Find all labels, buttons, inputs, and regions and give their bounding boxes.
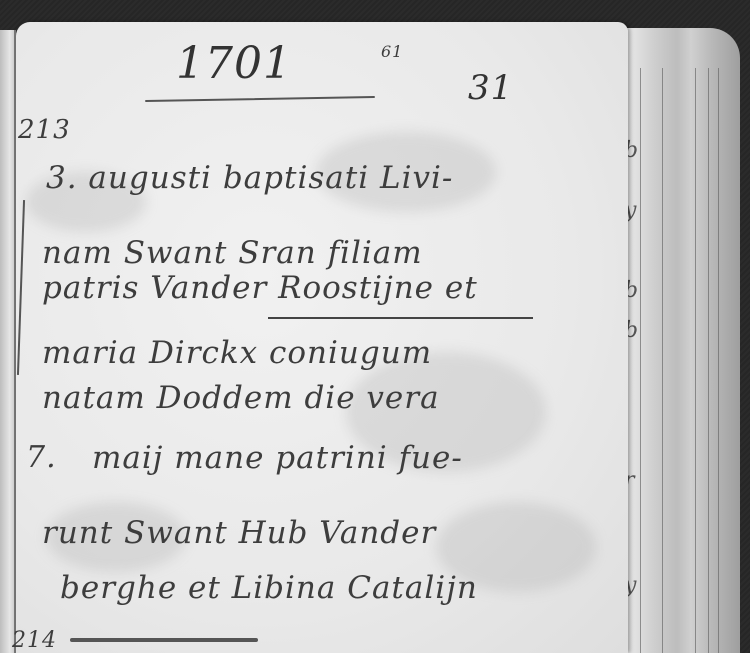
year-heading: 1701: [176, 38, 292, 89]
next-entry-number: 214: [12, 628, 57, 653]
entry-line: 3. augusti baptisati Livi-: [46, 160, 453, 196]
entry-line: natam Doddem die vera: [42, 380, 440, 416]
entry-line: runt Swant Hub Vander: [42, 515, 436, 551]
name-underline: [268, 317, 533, 319]
entry-line: nam Swant Sran filiam: [42, 235, 423, 271]
entry-line: maij mane patrini fue-: [92, 440, 463, 476]
entry-number: 213: [18, 115, 71, 145]
page-edge-line: [718, 68, 719, 653]
folio-number: 31: [468, 68, 513, 108]
page-edge-line: [695, 68, 696, 653]
entry-line: berghe et Libina Catalijn: [60, 570, 478, 606]
page-edge-line: [708, 68, 709, 653]
page-edge-line: [662, 68, 663, 653]
margin-day-number: 7.: [26, 440, 57, 475]
left-page-edge: [0, 30, 16, 653]
entry-separator: [70, 638, 258, 642]
page-edge-line: [640, 68, 641, 653]
entry-line: patris Vander Roostijne et: [42, 270, 478, 306]
entry-line: maria Dirckx coniugum: [42, 335, 432, 371]
page-marker-small: 61: [381, 42, 403, 61]
